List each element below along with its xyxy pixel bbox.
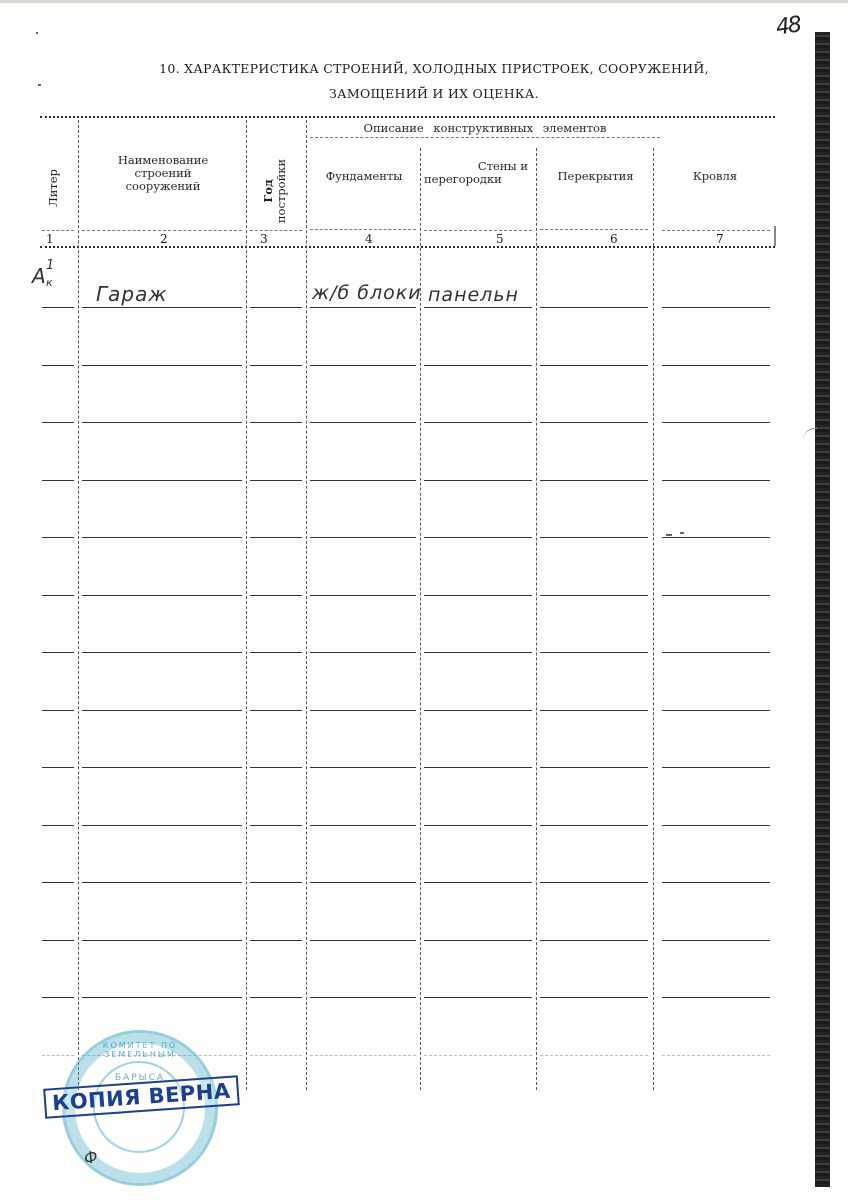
- row-line: [424, 940, 532, 941]
- colnum-7: 7: [716, 232, 724, 246]
- row-line: [250, 710, 302, 711]
- group-header-rule: [310, 137, 660, 138]
- row-line: [540, 595, 648, 596]
- row-line: [82, 652, 242, 653]
- row-line: [424, 825, 532, 826]
- header-name: Наименование строений сооружений: [80, 154, 246, 193]
- row-line: [310, 997, 416, 998]
- row-line: [424, 307, 532, 308]
- row-line: [424, 480, 532, 481]
- speck: [666, 534, 672, 536]
- row-line: [82, 825, 242, 826]
- row-line: [662, 422, 770, 423]
- header-name-line: сооружений: [80, 180, 246, 193]
- speck: [680, 532, 684, 534]
- row-line: [424, 422, 532, 423]
- row-line: [540, 537, 648, 538]
- row-line: [82, 595, 242, 596]
- row-line: [310, 825, 416, 826]
- colnum-4: 4: [365, 232, 373, 246]
- table-top-rule: [40, 116, 775, 118]
- colnum-rule-4: [310, 229, 416, 230]
- row-line: [662, 825, 770, 826]
- row-line: [250, 537, 302, 538]
- row-line: [310, 480, 416, 481]
- row-line: [42, 422, 74, 423]
- row-line: [82, 365, 242, 366]
- row-line: [42, 537, 74, 538]
- colnum-2: 2: [160, 232, 168, 246]
- row-line: [310, 940, 416, 941]
- col-divider-3: [306, 120, 307, 1090]
- row-walls: панельн: [428, 284, 519, 306]
- row-line: [662, 997, 770, 998]
- row-line: [662, 767, 770, 768]
- litera-sup: 1: [46, 258, 54, 273]
- row-line: [82, 767, 242, 768]
- row-line: [540, 652, 648, 653]
- row-line: [310, 652, 416, 653]
- colnum-1: 1: [46, 232, 54, 246]
- colnum-rule-2: [82, 230, 242, 231]
- row-line: [42, 825, 74, 826]
- row-line: [424, 882, 532, 883]
- row-line: [310, 710, 416, 711]
- group-header: Описание конструктивных элементов: [310, 122, 660, 135]
- row-line: [424, 652, 532, 653]
- row-line: [540, 422, 648, 423]
- row-line: [42, 307, 74, 308]
- header-floors: Перекрытия: [538, 170, 653, 183]
- binding-strip: [815, 32, 830, 1187]
- row-line: [310, 422, 416, 423]
- col-divider-1: [78, 120, 79, 1090]
- row-line: [424, 537, 532, 538]
- colnum-rule-3: [250, 230, 302, 231]
- row-line: [662, 882, 770, 883]
- header-bottom-rule: [40, 246, 775, 248]
- row-line: [250, 422, 302, 423]
- litera-main: А: [32, 264, 46, 288]
- row-line: [250, 480, 302, 481]
- row-litera: А 1 к: [32, 264, 46, 288]
- row-line: [424, 595, 532, 596]
- row-line: [662, 595, 770, 596]
- speck: [38, 84, 41, 86]
- row-line: [310, 767, 416, 768]
- row-line: [424, 365, 532, 366]
- row-line: [540, 365, 648, 366]
- row-line: [250, 652, 302, 653]
- row-line: [424, 997, 532, 998]
- row-line: [540, 997, 648, 998]
- row-line: [310, 307, 416, 308]
- handwritten-page-number: 48: [774, 12, 801, 40]
- header-year-line: постройки: [275, 156, 288, 226]
- row-line: [82, 422, 242, 423]
- section-title: 10. ХАРАКТЕРИСТИКА СТРОЕНИЙ, ХОЛОДНЫХ ПР…: [10, 61, 848, 76]
- col-divider-5: [536, 148, 537, 1090]
- row-line: [82, 882, 242, 883]
- row-line: [42, 710, 74, 711]
- row-line: [42, 595, 74, 596]
- row-line: [310, 882, 416, 883]
- row-line: [82, 940, 242, 941]
- row-line: [540, 767, 648, 768]
- row-line: [310, 365, 416, 366]
- page-edge: [0, 0, 848, 3]
- row-line: [250, 595, 302, 596]
- row-line: [42, 940, 74, 941]
- seal-ring-text: КОМИТЕТ ПО ЗЕМЕЛЬНЫМ: [65, 1041, 215, 1059]
- row-line: [540, 825, 648, 826]
- binding-tab: [803, 428, 817, 443]
- row-line: [662, 480, 770, 481]
- speck: [36, 32, 38, 34]
- row-line: [250, 997, 302, 998]
- row-line: [42, 652, 74, 653]
- colnum-5: 5: [496, 232, 504, 246]
- col-divider-6: [653, 148, 654, 1090]
- row-line: [42, 997, 74, 998]
- row-line: [662, 940, 770, 941]
- header-walls: Стены и перегородки: [420, 160, 536, 186]
- colnum-rule-5: [424, 230, 532, 231]
- row-line: [82, 307, 242, 308]
- row-foundation: ж/б блоки: [312, 282, 422, 304]
- row-line: [662, 652, 770, 653]
- colnum-3: 3: [260, 232, 268, 246]
- row-line: [250, 882, 302, 883]
- header-litera: Литер: [47, 158, 60, 218]
- row-line: [540, 307, 648, 308]
- colnum-rule-7: [662, 230, 770, 231]
- row-line: [424, 1055, 532, 1056]
- header-foundation: Фундаменты: [308, 170, 420, 183]
- row-line: [662, 307, 770, 308]
- col-divider-2: [246, 120, 247, 1090]
- row-line: [540, 480, 648, 481]
- colnum-rule-6: [540, 229, 648, 230]
- row-line: [42, 882, 74, 883]
- colnum-6: 6: [610, 232, 618, 246]
- colnum-rule-1: [42, 230, 74, 231]
- row-building-name: Гараж: [96, 282, 167, 306]
- row-line: [250, 940, 302, 941]
- row-line: [42, 365, 74, 366]
- litera-sub: к: [46, 276, 53, 289]
- row-line: [250, 825, 302, 826]
- row-line: [82, 997, 242, 998]
- header-walls-line: перегородки: [420, 173, 536, 186]
- row-line: [310, 1055, 416, 1056]
- row-line: [662, 537, 770, 538]
- header-roof: Кровля: [655, 170, 775, 183]
- row-line: [310, 537, 416, 538]
- row-line: [250, 767, 302, 768]
- row-line: [424, 710, 532, 711]
- header-edge-mark: [774, 226, 776, 246]
- row-line: [42, 767, 74, 768]
- row-line: [310, 595, 416, 596]
- row-line: [662, 1055, 770, 1056]
- header-year: Год постройки: [262, 156, 288, 226]
- row-line: [424, 767, 532, 768]
- row-line: [250, 365, 302, 366]
- row-line: [82, 710, 242, 711]
- row-line: [540, 710, 648, 711]
- section-subtitle: ЗАМОЩЕНИЙ И ИХ ОЦЕНКА.: [10, 86, 848, 101]
- row-line: [82, 480, 242, 481]
- row-line: [250, 307, 302, 308]
- row-line: [662, 365, 770, 366]
- row-line: [662, 710, 770, 711]
- row-line: [42, 480, 74, 481]
- row-line: [540, 882, 648, 883]
- row-line: [540, 1055, 648, 1056]
- row-line: [250, 1055, 302, 1056]
- row-line: [540, 940, 648, 941]
- row-line: [82, 537, 242, 538]
